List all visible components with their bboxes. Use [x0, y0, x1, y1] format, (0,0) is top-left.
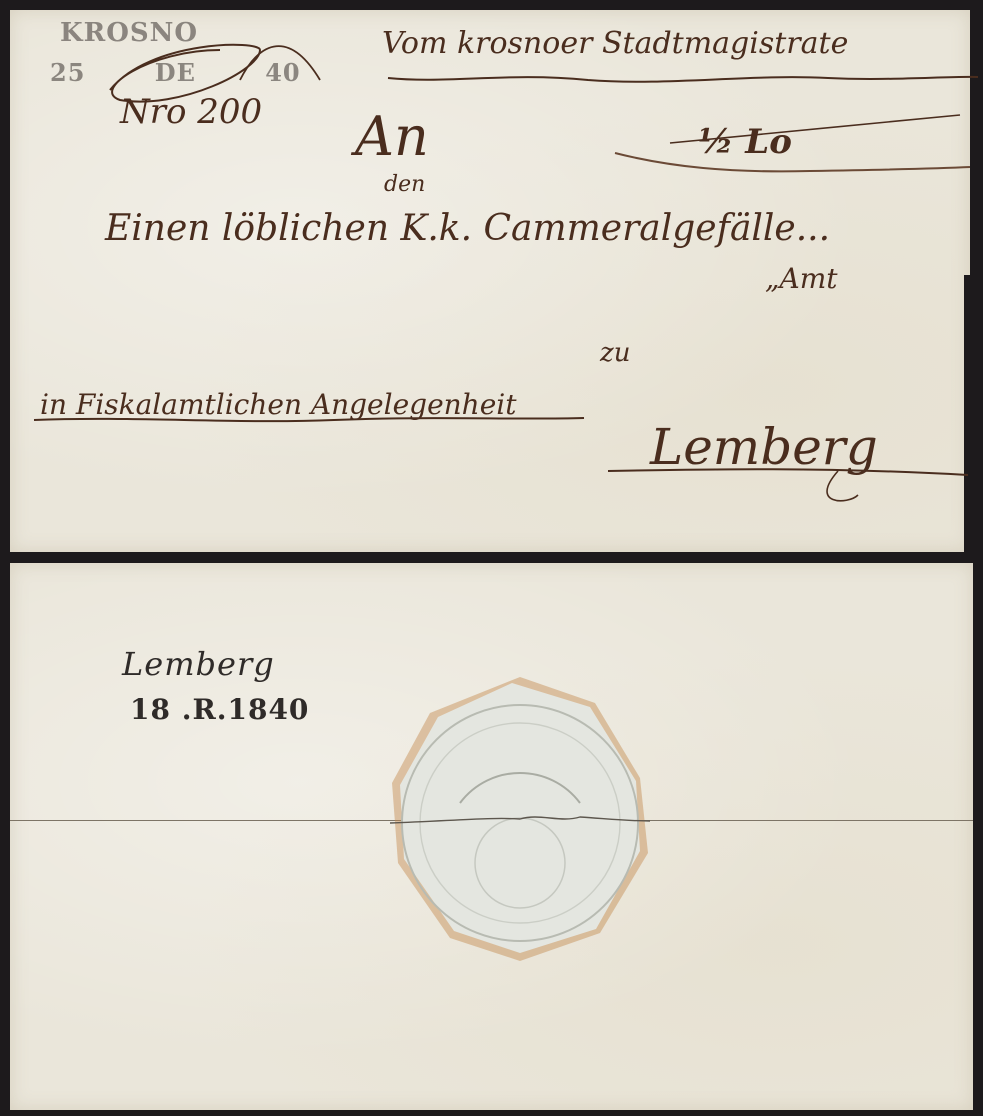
- address-amt: „Amt: [765, 262, 838, 295]
- address-recipient: Einen löblichen K.k. Cammeralgefälle...: [105, 208, 830, 249]
- letter-front: KROSNO 25 DE 40 Nro 200 Vom krosnoer Sta…: [10, 10, 970, 552]
- sender-underline: [388, 68, 978, 88]
- sender-line: Vom krosnoer Stadtmagistrate: [382, 26, 848, 61]
- letter-back: Lemberg 18 .R.1840: [10, 563, 973, 1110]
- address-an: An: [355, 105, 429, 168]
- arrival-postmark-town: Lemberg: [122, 645, 275, 683]
- destination-underline: [608, 465, 968, 515]
- destination-prefix: zu: [600, 338, 630, 368]
- address-den: den: [384, 172, 425, 197]
- seal-icon: [390, 673, 650, 963]
- postage-strike-lines: [610, 115, 970, 185]
- wafer-seal: [390, 673, 650, 963]
- registry-number: Nro 200: [120, 92, 262, 132]
- subject-underline: [34, 412, 584, 428]
- arrival-postmark-date: 18 .R.1840: [130, 693, 309, 726]
